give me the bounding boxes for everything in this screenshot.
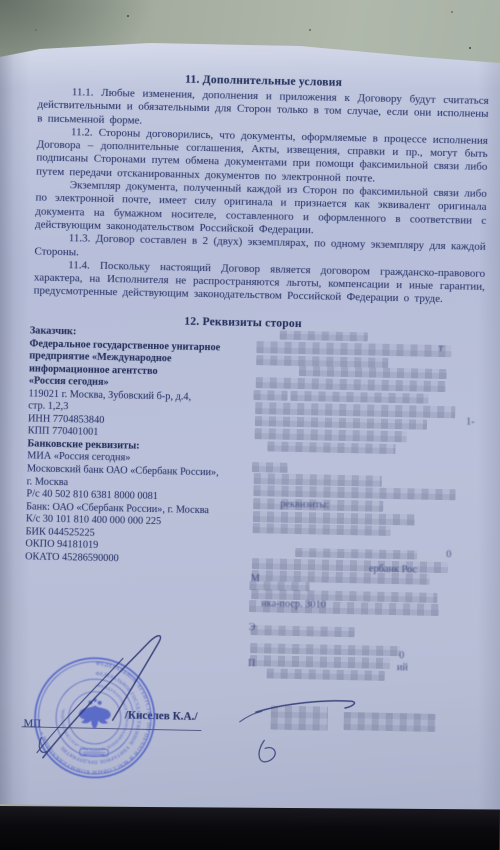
- redaction-mosaic: [253, 485, 455, 500]
- redaction-mosaic: [280, 331, 368, 342]
- redaction-mosaic: [256, 341, 451, 357]
- section-11: 11. Дополнительные условия 11.1. Любые и…: [34, 69, 490, 307]
- redaction-fragment: ий: [397, 662, 408, 673]
- contract-paragraph: 11.2. Стороны договорились, что документ…: [36, 125, 488, 188]
- redaction-mosaic: [250, 625, 354, 637]
- redaction-mosaic: [249, 581, 309, 591]
- redaction-fragment: нка-поср. 3010: [261, 598, 326, 610]
- redaction-fragment: реквизиты:: [280, 499, 329, 511]
- redaction-mosaic: [253, 498, 383, 512]
- redaction-fragment: т: [438, 343, 443, 354]
- redaction-mosaic: [253, 523, 391, 536]
- redaction-fragment: 1-: [466, 417, 475, 428]
- customer-column: Заказчик:Федеральное государственное уни…: [25, 325, 262, 568]
- redaction-mosaic: [252, 570, 430, 585]
- photo-of-contract-page: 11. Дополнительные условия 11.1. Любые и…: [0, 0, 500, 850]
- eagle-emblem-icon: [79, 698, 111, 729]
- redaction-mosaic: [255, 402, 455, 418]
- redaction-mosaic: [299, 366, 447, 379]
- redaction-mosaic: [251, 589, 437, 603]
- round-stamp-icon: ФЕДЕРАЛЬНОЕ АГЕНТСТВО ПО ПЕЧАТИ И МАССОВ…: [30, 654, 159, 783]
- contract-paragraph: Экземпляр документа, полученный каждой и…: [35, 179, 487, 242]
- redaction-fragment: 0: [399, 650, 404, 661]
- redaction-fragment: Э: [249, 622, 256, 633]
- redaction-mosaic: [256, 355, 388, 368]
- redaction-mosaic: [255, 428, 407, 442]
- redaction-fragment: М: [251, 573, 260, 584]
- redaction-mosaic: [250, 655, 390, 669]
- redaction-mosaic: [295, 548, 417, 560]
- contract-paragraph: 11.4. Поскольку настоящий Договор являет…: [34, 258, 486, 307]
- redaction-mosaic: [253, 511, 415, 525]
- redaction-fragment: ербанк Рос: [369, 564, 417, 576]
- redaction-mosaic: [267, 441, 395, 454]
- document-content: 11. Дополнительные условия 11.1. Любые и…: [0, 0, 500, 850]
- redaction-mosaic: [256, 377, 446, 392]
- section-11-paragraphs: 11.1. Любые изменения, дополнения и прил…: [34, 85, 489, 307]
- redaction-mosaic: [267, 668, 385, 680]
- redaction-mosaic: [255, 416, 427, 430]
- redaction-mosaic: [344, 712, 436, 732]
- desk-shadow-band: [0, 806, 500, 850]
- redaction-mosaic: [271, 706, 328, 731]
- redaction-fragment: П: [248, 658, 256, 669]
- redaction-fragment: 0: [446, 549, 451, 560]
- redaction-mosaic: [252, 558, 448, 573]
- redaction-mosaic: [249, 600, 439, 616]
- redaction-mosaic: [250, 643, 400, 656]
- redaction-mosaic: [290, 391, 428, 404]
- redaction-mosaic: [254, 473, 382, 487]
